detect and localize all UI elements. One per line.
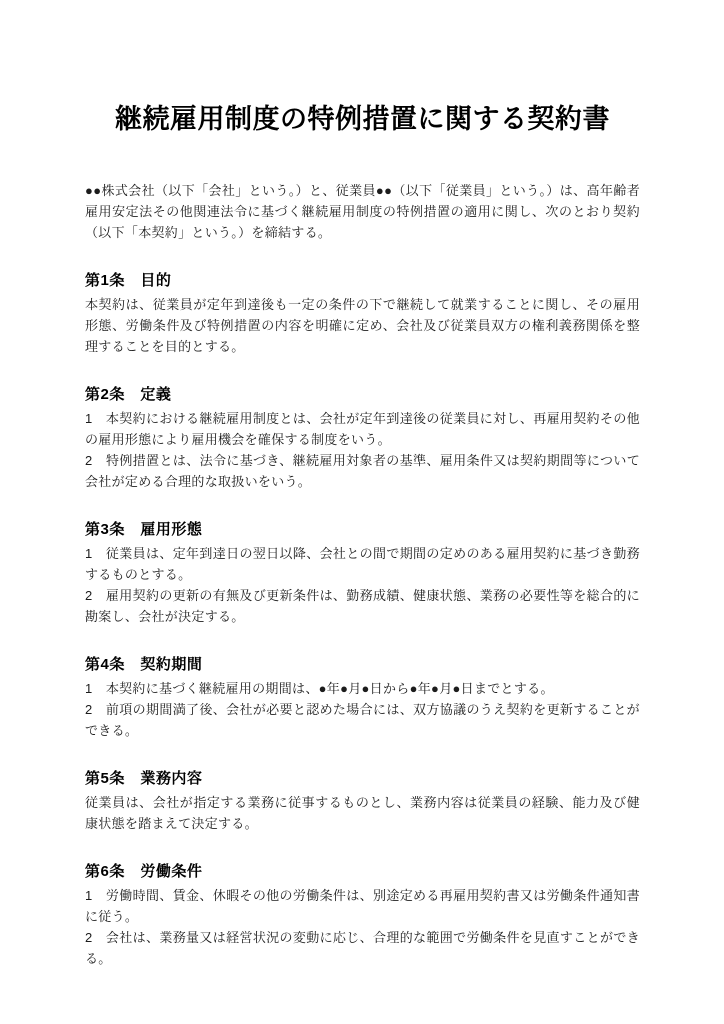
article-2-paragraph-2: 2 特例措置とは、法令に基づき、継続雇用対象者の基準、雇用条件又は契約期間等につ…	[85, 450, 640, 492]
article-4-paragraph-2: 2 前項の期間満了後、会社が必要と認めた場合には、双方協議のうえ契約を更新するこ…	[85, 699, 640, 741]
article-1-purpose: 第1条 目的 本契約は、従業員が定年到達後も一定の条件の下で継続して就業すること…	[85, 271, 640, 357]
document-title: 継続雇用制度の特例措置に関する契約書	[85, 100, 640, 138]
article-2-heading: 第2条 定義	[85, 385, 640, 405]
preamble-paragraph: ●●株式会社（以下「会社」という。）と、従業員●●（以下「従業員」という。）は、…	[85, 180, 640, 243]
article-2-definitions: 第2条 定義 1 本契約における継続雇用制度とは、会社が定年到達後の従業員に対し…	[85, 385, 640, 492]
article-3-heading: 第3条 雇用形態	[85, 520, 640, 540]
article-6-working-conditions: 第6条 労働条件 1 労働時間、賃金、休暇その他の労働条件は、別途定める再雇用契…	[85, 862, 640, 969]
article-5-paragraph-1: 従業員は、会社が指定する業務に従事するものとし、業務内容は従業員の経験、能力及び…	[85, 792, 640, 834]
article-5-work-content: 第5条 業務内容 従業員は、会社が指定する業務に従事するものとし、業務内容は従業…	[85, 769, 640, 834]
article-6-heading: 第6条 労働条件	[85, 862, 640, 882]
article-4-contract-period: 第4条 契約期間 1 本契約に基づく継続雇用の期間は、●年●月●日から●年●月●…	[85, 655, 640, 741]
article-4-paragraph-1: 1 本契約に基づく継続雇用の期間は、●年●月●日から●年●月●日までとする。	[85, 678, 640, 699]
article-3-paragraph-1: 1 従業員は、定年到達日の翌日以降、会社との間で期間の定めのある雇用契約に基づき…	[85, 543, 640, 585]
article-6-paragraph-2: 2 会社は、業務量又は経営状況の変動に応じ、合理的な範囲で労働条件を見直すことが…	[85, 927, 640, 969]
article-2-paragraph-1: 1 本契約における継続雇用制度とは、会社が定年到達後の従業員に対し、再雇用契約そ…	[85, 408, 640, 450]
article-3-employment-form: 第3条 雇用形態 1 従業員は、定年到達日の翌日以降、会社との間で期間の定めのあ…	[85, 520, 640, 627]
article-1-heading: 第1条 目的	[85, 271, 640, 291]
article-4-heading: 第4条 契約期間	[85, 655, 640, 675]
article-5-heading: 第5条 業務内容	[85, 769, 640, 789]
article-3-paragraph-2: 2 雇用契約の更新の有無及び更新条件は、勤務成績、健康状態、業務の必要性等を総合…	[85, 585, 640, 627]
contract-document-page: 継続雇用制度の特例措置に関する契約書 ●●株式会社（以下「会社」という。）と、従…	[0, 0, 724, 1024]
article-1-paragraph-1: 本契約は、従業員が定年到達後も一定の条件の下で継続して就業することに関し、その雇…	[85, 294, 640, 357]
article-6-paragraph-1: 1 労働時間、賃金、休暇その他の労働条件は、別途定める再雇用契約書又は労働条件通…	[85, 885, 640, 927]
